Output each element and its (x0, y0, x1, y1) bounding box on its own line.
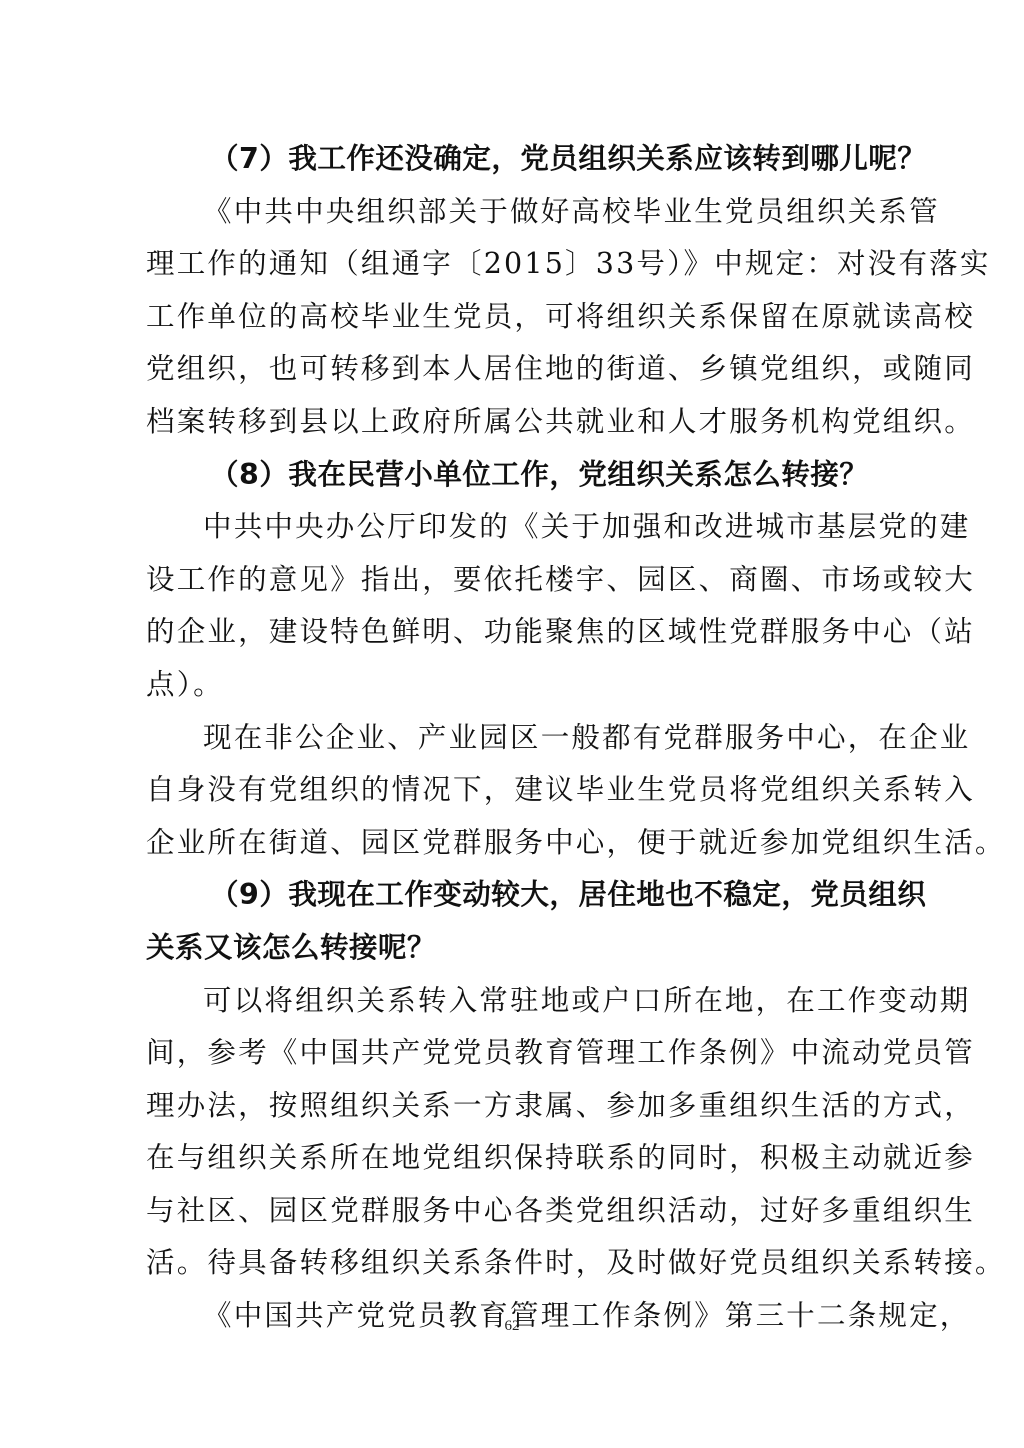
question-9-heading-continued: 关系又该怎么转接呢？ (146, 922, 888, 975)
paragraph-line: 的企业，建设特色鲜明、功能聚焦的区域性党群服务中心（站 (146, 606, 888, 659)
page-number: 62 (0, 1318, 1024, 1335)
paragraph-line: 自身没有党组织的情况下，建议毕业生党员将党组织关系转入 (146, 764, 888, 817)
paragraph-line: 《中共中央组织部关于做好高校毕业生党员组织关系管 (146, 186, 888, 239)
question-7-heading: （7）我工作还没确定，党员组织关系应该转到哪儿呢？ (146, 133, 888, 186)
paragraph-line: 间，参考《中国共产党党员教育管理工作条例》中流动党员管 (146, 1027, 888, 1080)
paragraph-line: 活。待具备转移组织关系条件时，及时做好党员组织关系转接。 (146, 1237, 888, 1290)
paragraph-line: 企业所在街道、园区党群服务中心，便于就近参加党组织生活。 (146, 817, 888, 870)
paragraph-line: 中共中央办公厅印发的《关于加强和改进城市基层党的建 (146, 501, 888, 554)
paragraph-line: 工作单位的高校毕业生党员，可将组织关系保留在原就读高校 (146, 291, 888, 344)
paragraph-line: 现在非公企业、产业园区一般都有党群服务中心，在企业 (146, 712, 888, 765)
paragraph-line: 档案转移到县以上政府所属公共就业和人才服务机构党组织。 (146, 396, 888, 449)
paragraph-line: 党组织，也可转移到本人居住地的街道、乡镇党组织，或随同 (146, 343, 888, 396)
paragraph-line: 在与组织关系所在地党组织保持联系的同时，积极主动就近参 (146, 1132, 888, 1185)
question-9-heading: （9）我现在工作变动较大，居住地也不稳定，党员组织 (146, 869, 888, 922)
document-page-body: （7）我工作还没确定，党员组织关系应该转到哪儿呢？ 《中共中央组织部关于做好高校… (146, 133, 888, 1343)
paragraph-line: 可以将组织关系转入常驻地或户口所在地，在工作变动期 (146, 975, 888, 1028)
paragraph-line: 设工作的意见》指出，要依托楼宇、园区、商圈、市场或较大 (146, 554, 888, 607)
question-8-heading: （8）我在民营小单位工作，党组织关系怎么转接？ (146, 449, 888, 502)
paragraph-line: 理办法，按照组织关系一方隶属、参加多重组织生活的方式， (146, 1080, 888, 1133)
paragraph-line: 与社区、园区党群服务中心各类党组织活动，过好多重组织生 (146, 1185, 888, 1238)
paragraph-line: 理工作的通知（组通字〔2015〕33号）》中规定：对没有落实 (146, 238, 888, 291)
paragraph-line: 点）。 (146, 659, 888, 712)
